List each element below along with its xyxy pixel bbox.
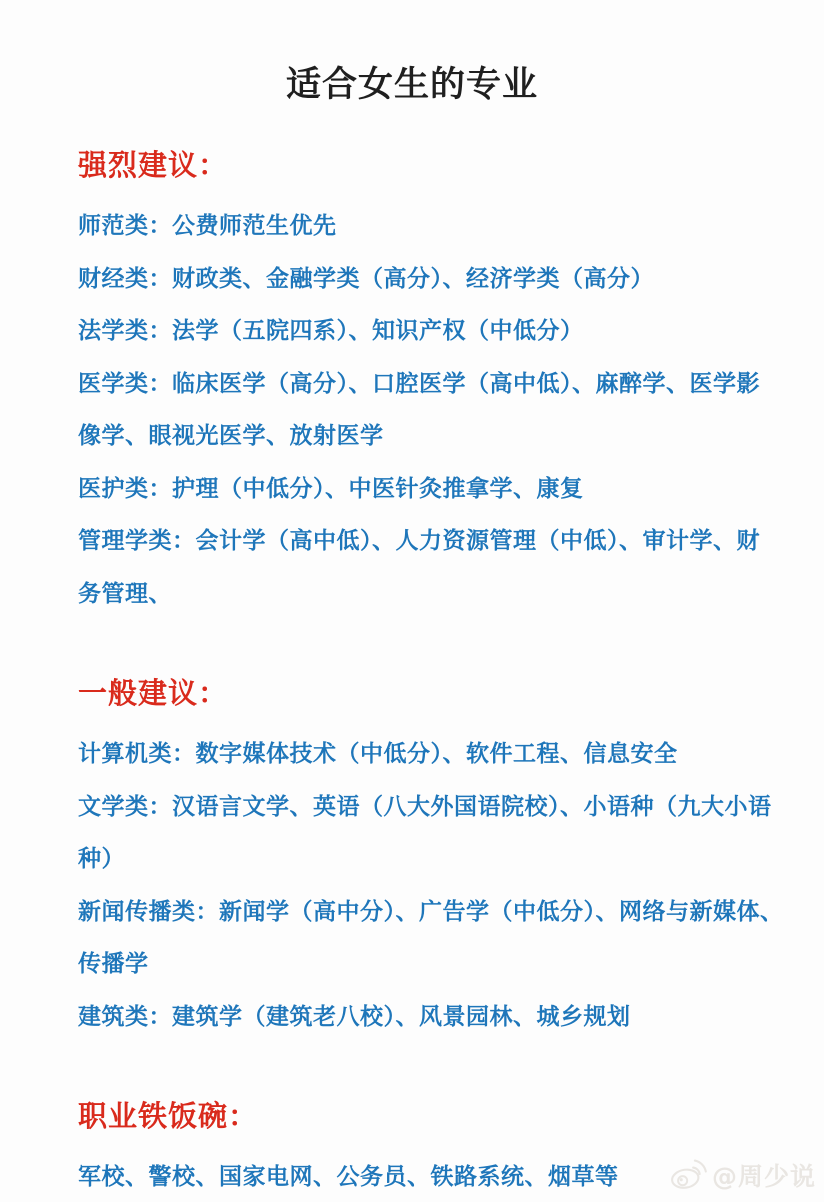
content: 强烈建议： 师范类：公费师范生优先 财经类：财政类、金融学类（高分）、经济学类（… — [0, 144, 824, 1202]
body-line: 新闻传播类：新闻学（高中分）、广告学（中低分）、网络与新媒体、 — [78, 886, 810, 939]
page-root: 适合女生的专业 强烈建议： 师范类：公费师范生优先 财经类：财政类、金融学类（高… — [0, 0, 824, 1202]
watermark: @周少说 — [666, 1154, 816, 1196]
body-line: 法学类：法学（五院四系）、知识产权（中低分） — [78, 305, 810, 358]
body-line: 管理学类：会计学（高中低）、人力资源管理（中低）、审计学、财 — [78, 515, 810, 568]
page-title: 适合女生的专业 — [0, 62, 824, 108]
body-line: 传播学 — [78, 938, 810, 991]
body-line: 师范类：公费师范生优先 — [78, 200, 810, 253]
section-heading: 一般建议： — [78, 672, 810, 714]
body-line: 建筑类：建筑学（建筑老八校）、风景园林、城乡规划 — [78, 991, 810, 1044]
body-line: 像学、眼视光医学、放射医学 — [78, 410, 810, 463]
body-line: 文学类：汉语言文学、英语（八大外国语院校）、小语种（九大小语 — [78, 781, 810, 834]
section-heading: 职业铁饭碗： — [78, 1095, 810, 1137]
body-line: 医护类：护理（中低分）、中医针灸推拿学、康复 — [78, 463, 810, 516]
body-line: 财经类：财政类、金融学类（高分）、经济学类（高分） — [78, 253, 810, 306]
body-line: 计算机类：数字媒体技术（中低分）、软件工程、信息安全 — [78, 728, 810, 781]
body-line: 务管理、 — [78, 568, 810, 621]
section-heading: 强烈建议： — [78, 144, 810, 186]
body-line: 种） — [78, 833, 810, 886]
body-line: 医学类：临床医学（高分）、口腔医学（高中低）、麻醉学、医学影 — [78, 358, 810, 411]
section-general-recommendation: 一般建议： 计算机类：数字媒体技术（中低分）、软件工程、信息安全 文学类：汉语言… — [78, 672, 810, 1043]
section-strong-recommendation: 强烈建议： 师范类：公费师范生优先 财经类：财政类、金融学类（高分）、经济学类（… — [78, 144, 810, 620]
weibo-icon — [666, 1154, 708, 1196]
watermark-handle: @周少说 — [712, 1157, 816, 1193]
